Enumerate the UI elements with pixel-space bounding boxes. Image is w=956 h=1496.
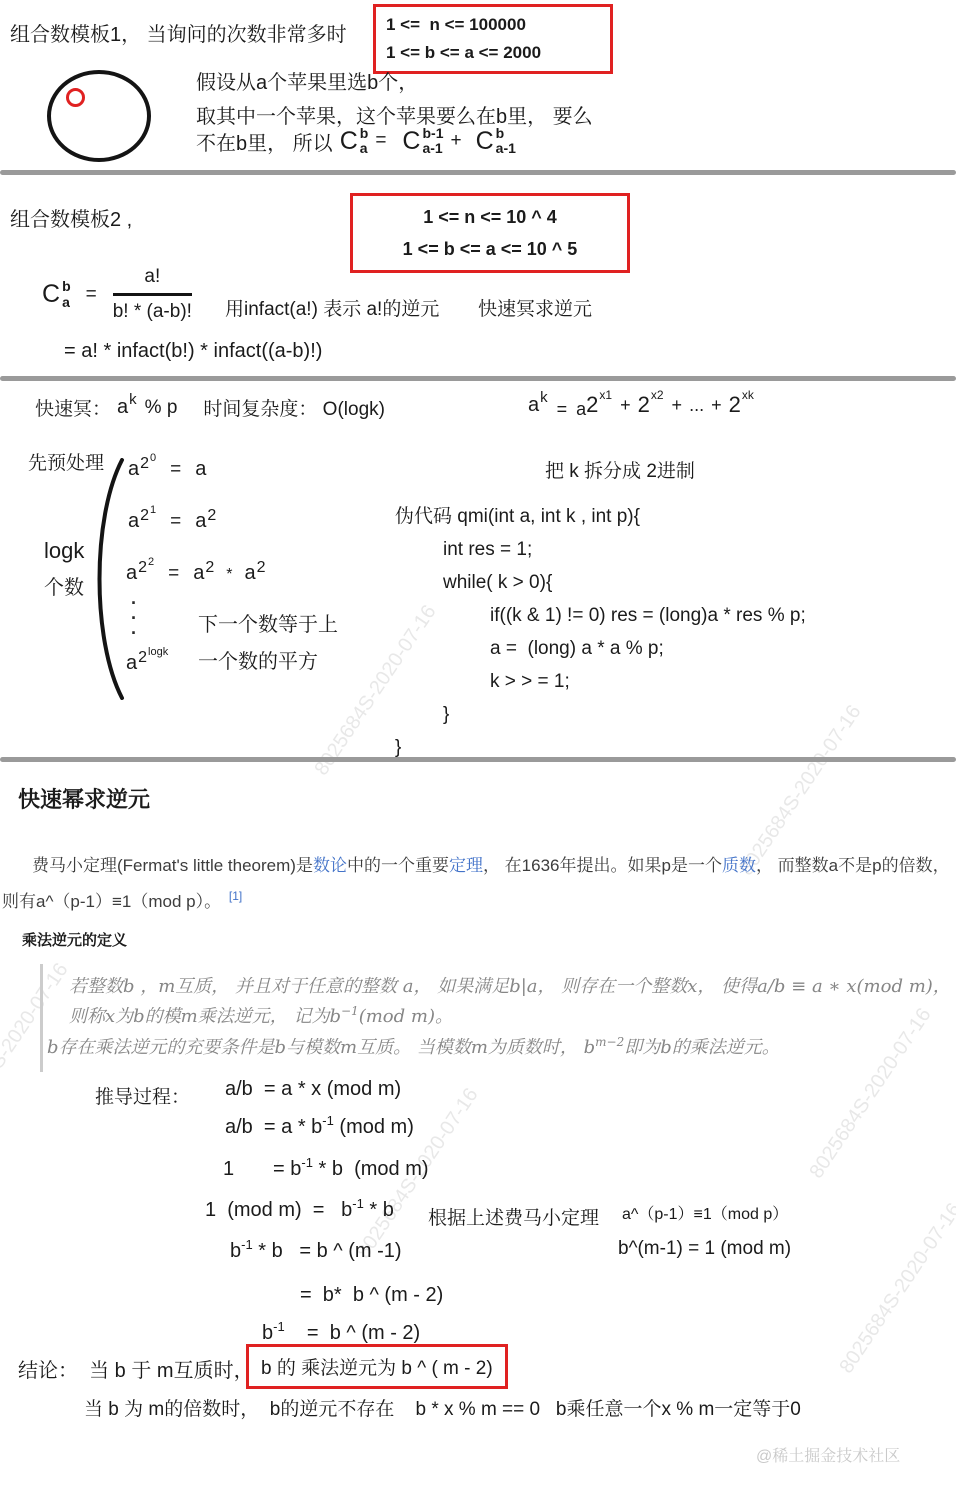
inverse-sup: -1 <box>301 1155 313 1170</box>
section-divider <box>0 376 956 381</box>
link-theorem[interactable]: 定理 <box>449 856 483 875</box>
power-row-logk: a2logk <box>126 652 168 675</box>
constraint-line: 1 <= b <= a <= 2000 <box>376 39 610 67</box>
base-a: a <box>128 458 139 480</box>
binom-sub: a <box>62 295 71 310</box>
term-two: 2 <box>729 392 741 418</box>
power-row-3: a22=a2*a2 <box>126 562 266 585</box>
code-line: int res = 1; <box>395 533 806 566</box>
exp-exp: 0 <box>150 452 156 464</box>
diagonal-watermark: 8025684S-2020-07-16 <box>835 1199 956 1378</box>
quote-line-2: 则称x为b的模m乘法逆元， 记为b−1(mod m)。 <box>69 1002 956 1033</box>
inverse-sup: -1 <box>352 1196 364 1211</box>
power-base: a <box>117 396 128 418</box>
binom-scripts: ba <box>360 126 369 157</box>
derivation-label: 推导过程： <box>95 1082 190 1109</box>
fermat-rewrite: b^(m-1) = 1 (mod m) <box>618 1238 791 1260</box>
fastpow-label: 快速冥： <box>35 394 111 421</box>
conclusion-box: b 的 乘法逆元为 b ^ ( m - 2) <box>246 1344 508 1389</box>
formula-text: * b = b ^ (m -1) <box>253 1240 402 1262</box>
formula-text: * b (mod m) <box>313 1158 429 1180</box>
exp-exp: 2 <box>148 556 154 568</box>
derivation-line-2: a/b = a * b-1 (mod m) <box>225 1116 414 1139</box>
quote-line-3: b存在乘法逆元的充要条件是b与模数m互质。 当模数m为质数时， bm−2即为b的… <box>47 1033 956 1064</box>
binom-base: C <box>476 129 494 154</box>
base-a: a <box>126 562 137 584</box>
section-divider <box>0 757 956 762</box>
binom-sup: b-1 <box>422 126 443 141</box>
term-exp: x2 <box>651 388 664 402</box>
derivation-line-5: b-1 * b = b ^ (m -1) <box>230 1240 402 1263</box>
equals-sign: = <box>170 459 181 480</box>
quote-text: b存在乘法逆元的充要条件是b与模数m互质。 当模数m为质数时， b <box>47 1037 595 1058</box>
plus-sign: + <box>620 395 631 416</box>
chosen-apple-circle <box>66 88 85 107</box>
dot: · <box>131 630 137 636</box>
link-number-theory[interactable]: 数论 <box>313 856 347 875</box>
pascal-identity-row: 不在b里， 所以 Cba = Cb-1a-1 + Cba-1 <box>196 126 523 157</box>
binom-base: C <box>402 129 420 154</box>
power-row-1: a20=a <box>128 458 206 481</box>
a-power-k: ak <box>528 394 548 417</box>
binom-sup: b <box>496 126 516 141</box>
equals-sign: = <box>375 130 386 152</box>
fermat-reference-note: 根据上述费马小定理 <box>428 1203 599 1230</box>
notes-page: 8025684S-2020-07-16 8025684S-2020-07-16 … <box>0 0 956 1496</box>
rhs-base: a <box>245 562 256 584</box>
equals-sign: = <box>170 511 181 532</box>
rhs-base: a <box>195 510 206 532</box>
quote-text: (mod m)。 <box>359 1006 453 1027</box>
derivation-line-4: 1 (mod m) = b-1 * b <box>205 1199 394 1222</box>
binom-scripts: ba-1 <box>496 126 516 157</box>
formula-text: b <box>262 1322 273 1344</box>
site-watermark: @稀土掘金技术社区 <box>756 1443 900 1466</box>
binom-base: C <box>42 282 60 307</box>
conclusion-text: b 的 乘法逆元为 b ^ ( m - 2) <box>261 1358 493 1379</box>
formula-text: 1 = b <box>223 1158 301 1180</box>
infact-note: 用infact(a!) 表示 a!的逆元 <box>225 294 439 321</box>
rhs-base: a <box>193 562 204 584</box>
apple-note-line-3: 不在b里， 所以 <box>196 127 333 156</box>
binom-sup: b <box>360 126 369 141</box>
exp-two: 2 <box>140 455 149 472</box>
term-exp: x1 <box>599 388 612 402</box>
paragraph-text: ， 在1636年提出。如果p是一个 <box>483 856 722 875</box>
code-line: 伪代码 qmi(int a, int k , int p){ <box>395 500 806 533</box>
binom-c-a-b: Cba <box>340 126 369 157</box>
apple-note-line-1: 假设从a个苹果里选b个， <box>196 66 418 95</box>
section-divider <box>0 170 956 175</box>
qmi-pseudocode: 伪代码 qmi(int a, int k , int p){ int res =… <box>395 500 806 764</box>
derivation-line-6: = b* b ^ (m - 2) <box>300 1284 443 1307</box>
constraint-line: 1 <= b <= a <= 10 ^ 5 <box>353 233 627 265</box>
exp-exp: logk <box>148 646 168 658</box>
times-sign: * <box>226 566 232 583</box>
formula-text: = b ^ (m - 2) <box>285 1322 421 1344</box>
binom-sub: a-1 <box>496 141 516 156</box>
constraint-box-1: 1 <= n <= 100000 1 <= b <= a <= 2000 <box>373 4 613 74</box>
constraint-line: 1 <= n <= 100000 <box>376 11 610 39</box>
binom-c-a-b: Cba <box>42 279 71 310</box>
power-base: a <box>528 394 539 416</box>
rhs-exp: 2 <box>205 559 214 576</box>
exp-exp: 1 <box>150 504 156 516</box>
binom-sup: b <box>62 279 71 294</box>
code-line: } <box>395 698 806 731</box>
complexity-note: 时间复杂度： O(logk) <box>203 394 385 421</box>
fastpow-title-row: 快速冥： ak % p 时间复杂度： O(logk) <box>35 394 385 421</box>
plus-sign: + <box>450 130 461 152</box>
vertical-ellipsis: · · · <box>131 600 137 636</box>
fraction-denominator: b! * (a-b)! <box>113 296 192 323</box>
plus-sign: + <box>672 395 683 416</box>
binom-sub: a-1 <box>422 141 443 156</box>
equals-sign: = <box>557 399 568 420</box>
section2-title: 组合数模板2 , <box>10 203 132 232</box>
base-a: a <box>126 652 137 674</box>
infact-expansion: = a! * infact(b!) * infact((a-b)!) <box>64 340 322 363</box>
section4-heading: 快速幂求逆元 <box>18 783 150 814</box>
multiple-case-note: 当 b 为 m的倍数时， b的逆元不存在 b * x % m == 0 b乘任意… <box>84 1394 801 1421</box>
paragraph-text: 费马小定理(Fermat's little theorem)是 <box>32 856 313 875</box>
constraint-line: 1 <= n <= 10 ^ 4 <box>353 201 627 233</box>
rhs-exp: 2 <box>257 559 266 576</box>
apple-note-line-2: 取其中一个苹果，这个苹果要么在b里， 要么 <box>196 100 593 129</box>
constraint-box-2: 1 <= n <= 10 ^ 4 1 <= b <= a <= 10 ^ 5 <box>350 193 630 273</box>
brace-count-label: 个数 <box>44 571 84 600</box>
fermat-formula: a^（p-1）≡1（mod p） <box>622 1201 788 1224</box>
inverse-sup: -1 <box>241 1237 253 1252</box>
mod-p: % p <box>145 397 178 419</box>
fermat-paragraph: 费马小定理(Fermat's little theorem)是数论中的一个重要定… <box>2 848 952 921</box>
power-row-2: a21=a2 <box>128 510 216 533</box>
binom-c-a1-b: Cba-1 <box>476 126 516 157</box>
brace-count-label: logk <box>44 538 84 564</box>
derivation-line-1: a/b = a * x (mod m) <box>225 1078 401 1101</box>
conclusion-label: 结论： 当 b 于 m互质时， <box>18 1354 254 1383</box>
exp-two: 2 <box>138 649 147 666</box>
formula-text: 1 (mod m) = b <box>205 1199 352 1221</box>
ellipsis: ... <box>689 395 704 416</box>
term-two: 2 <box>586 392 598 418</box>
square-note-line-2: 一个数的平方 <box>198 645 318 674</box>
link-prime[interactable]: 质数 <box>722 856 756 875</box>
term-base-a: a <box>576 399 586 420</box>
formula-text: b <box>230 1240 241 1262</box>
preprocess-brace <box>84 458 128 700</box>
equals-sign: = <box>168 563 179 584</box>
exp-two: 2 <box>138 559 147 576</box>
formula-text: (mod m) <box>334 1116 414 1138</box>
a-power-k: ak <box>117 396 137 419</box>
binary-expansion-row: ak = a2x1 + 2x2 + ... + 2xk <box>528 392 755 418</box>
plus-sign: + <box>711 395 722 416</box>
equals-sign: = <box>86 284 97 306</box>
fastpow-note: 快速冥求逆元 <box>478 294 592 321</box>
reference-link[interactable]: [1] <box>229 889 242 903</box>
binom-scripts: b-1a-1 <box>422 126 443 157</box>
term-exp: xk <box>742 388 754 402</box>
formula-text: * b <box>364 1199 394 1221</box>
derivation-line-7: b-1 = b ^ (m - 2) <box>262 1322 420 1345</box>
inverse-sup: -1 <box>322 1113 334 1128</box>
paragraph-text: 中的一个重要 <box>347 856 449 875</box>
square-note-line-1: 下一个数等于上 <box>198 608 338 637</box>
quote-line-1: 若整数b ，m互质， 并且对于任意的整数 a， 如果满足b|a， 则存在一个整数… <box>69 972 956 1002</box>
apple-set-ellipse <box>47 70 151 162</box>
exp-two: 2 <box>140 507 149 524</box>
binom-scripts: ba <box>62 279 71 310</box>
derivation-line-3: 1 = b-1 * b (mod m) <box>223 1158 429 1181</box>
definition-quote: 若整数b ，m互质， 并且对于任意的整数 a， 如果满足b|a， 则存在一个整数… <box>40 964 956 1072</box>
binom-c-a1-b1: Cb-1a-1 <box>402 126 443 157</box>
binomial-formula-row: Cba = a!b! * (a-b)! <box>42 266 192 323</box>
formula-text: a/b = a * b <box>225 1116 322 1138</box>
fraction-numerator: a! <box>113 266 192 296</box>
quote-text: 则称x为b的模m乘法逆元， 记为b <box>69 1006 341 1027</box>
code-line: k > > = 1; <box>395 665 806 698</box>
rhs: a <box>195 458 206 480</box>
quote-text: 即为b的乘法逆元。 <box>624 1037 780 1058</box>
binary-split-note: 把 k 拆分成 2进制 <box>545 456 695 483</box>
inverse-sup: −1 <box>341 1004 359 1018</box>
dot: · <box>131 600 137 606</box>
section1-title: 组合数模板1， 当询问的次数非常多时 <box>10 18 347 47</box>
code-line: if((k & 1) != 0) res = (long)a * res % p… <box>395 599 806 632</box>
binom-base: C <box>340 129 358 154</box>
code-line: while( k > 0){ <box>395 566 806 599</box>
power-sup: m−2 <box>595 1035 624 1049</box>
term-two: 2 <box>638 392 650 418</box>
power-exponent: k <box>129 391 137 408</box>
inverse-sup: -1 <box>273 1319 285 1334</box>
factorial-fraction: a!b! * (a-b)! <box>113 266 192 323</box>
definition-heading: 乘法逆元的定义 <box>22 929 127 950</box>
rhs-exp: 2 <box>207 507 216 524</box>
code-line: a = (long) a * a % p; <box>395 632 806 665</box>
binom-sub: a <box>360 141 369 156</box>
base-a: a <box>128 510 139 532</box>
power-exponent: k <box>540 389 548 406</box>
dot: · <box>131 615 137 621</box>
